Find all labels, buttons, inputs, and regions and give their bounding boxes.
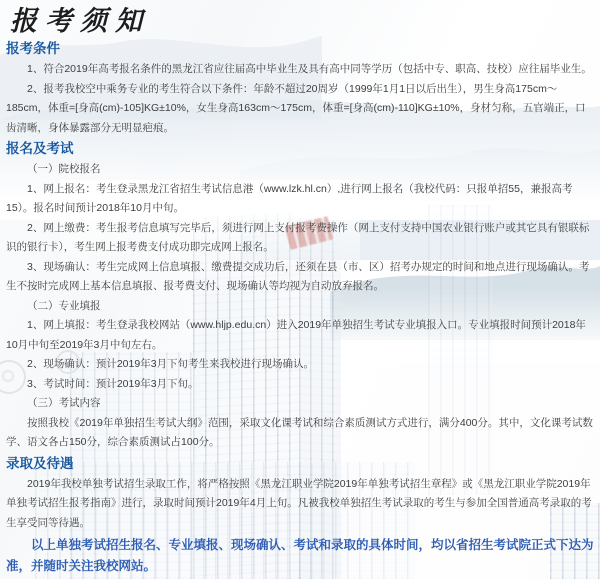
page-title: 报考须知 (10, 6, 594, 38)
onsite-confirmation-item: 3、现场确认：考生完成网上信息填报、缴费提交成功后，还须在县（市、区）招考办规定… (6, 258, 594, 297)
online-payment-item: 2、网上缴费：考生报考信息填写完毕后，须进行网上支付报考费操作（网上支付支持中国… (6, 219, 594, 258)
exam-time-item: 3、考试时间：预计2019年3月下旬。 (6, 375, 594, 395)
subsection-heading-school-registration: （一）院校报名 (6, 160, 594, 180)
requirement-item-2: 2、报考我校空中乘务专业的考生符合以下条件：年龄不超过20周岁（1999年1月1… (6, 80, 594, 139)
subsection-heading-major-filling: （二）专业填报 (6, 297, 594, 317)
notice-document: 报考须知 报考条件 1、符合2019年高考报名条件的黑龙江省应往届高中毕业生及具… (0, 0, 600, 577)
section-heading-registration-exam: 报名及考试 (6, 140, 594, 158)
section-heading-requirements: 报考条件 (6, 40, 594, 58)
online-major-filling-item: 1、网上填报：考生登录我校网站（www.hljp.edu.cn）进入2019年单… (6, 316, 594, 355)
subsection-heading-exam-content: （三）考试内容 (6, 394, 594, 414)
exam-content-paragraph: 按照我校《2019年单独招生考试大纲》范围，采取文化课考试和综合素质测试方式进行… (6, 414, 594, 453)
requirement-item-1: 1、符合2019年高考报名条件的黑龙江省应往届高中毕业生及具有高中同等学历（包括… (6, 60, 594, 80)
online-registration-item: 1、网上报名：考生登录黑龙江省招生考试信息港（www.lzk.hl.cn）,进行… (6, 180, 594, 219)
major-onsite-confirmation-item: 2、现场确认：预计2019年3月下旬考生来我校进行现场确认。 (6, 355, 594, 375)
admission-paragraph: 2019年我校单独考试招生录取工作，将严格按照《黑龙江职业学院2019年单独考试… (6, 475, 594, 534)
section-heading-admission: 录取及待遇 (6, 455, 594, 473)
final-notice: 以上单独考试招生报名、专业填报、现场确认、考试和录取的具体时间，均以省招生考试院… (6, 535, 594, 577)
